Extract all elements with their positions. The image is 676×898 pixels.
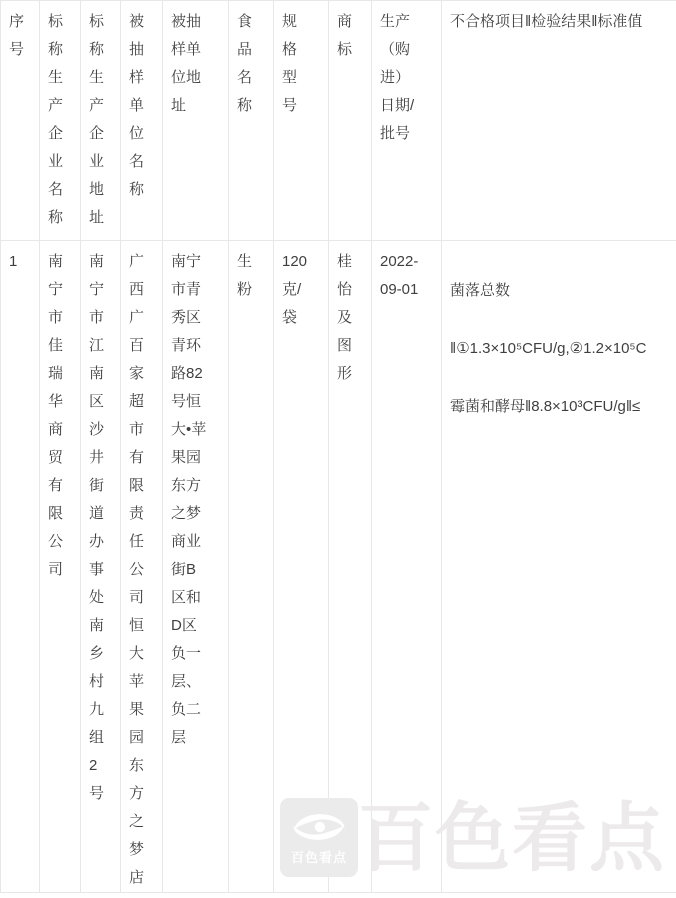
col-header-producer-name: 标 称 生 产 企 业 名 称 (40, 1, 81, 241)
cell-producer-address: 南 宁 市 江 南 区 沙 井 街 道 办 事 处 南 乡 村 九 组 2 号 (81, 241, 121, 893)
cell-food-name: 生 粉 (229, 241, 274, 893)
col-header-seq: 序 号 (1, 1, 40, 241)
result-line-mold: 霉菌和酵母‖8.8×10³CFU/g‖≤ (450, 392, 676, 422)
cell-spec-model: 120 克/ 袋 (274, 241, 329, 893)
cell-sampled-unit-address: 南宁 市青 秀区 青环 路82 号恒 大•苹 果园 东方 之梦 商业 街B 区和… (163, 241, 229, 893)
swirl-icon (291, 810, 347, 849)
col-header-sampled-unit-address: 被抽 样单 位地 址 (163, 1, 229, 241)
col-header-spec-model: 规 格 型 号 (274, 1, 329, 241)
watermark-big-text: 百色看点 (358, 792, 666, 884)
col-header-food-name: 食 品 名 称 (229, 1, 274, 241)
header-row: 序 号 标 称 生 产 企 业 名 称 标 称 生 产 企 业 地 址 被 抽 … (1, 1, 676, 241)
watermark-logo: 百色看点 (280, 798, 358, 877)
col-header-production-date: 生产 （购 进） 日期/ 批号 (372, 1, 442, 241)
col-header-trademark: 商 标 (329, 1, 372, 241)
watermark-logo-label: 百色看点 (291, 850, 347, 865)
cell-producer-name: 南 宁 市 佳 瑞 华 商 贸 有 限 公 司 (40, 241, 81, 893)
col-header-sampled-unit-name: 被 抽 样 单 位 名 称 (121, 1, 163, 241)
inspection-results-table: 序 号 标 称 生 产 企 业 名 称 标 称 生 产 企 业 地 址 被 抽 … (0, 0, 676, 893)
cell-sampled-unit-name: 广 西 广 百 家 超 市 有 限 责 任 公 司 恒 大 苹 果 园 东 方 … (121, 241, 163, 893)
col-header-producer-address: 标 称 生 产 企 业 地 址 (81, 1, 121, 241)
col-header-results: 不合格项目‖检验结果‖标准值 (442, 1, 676, 241)
cell-seq: 1 (1, 241, 40, 893)
result-line-values: ‖①1.3×10⁵CFU/g,②1.2×10⁵C (450, 334, 676, 364)
result-line-item: 菌落总数 (450, 276, 676, 306)
inspection-table-page: 序 号 标 称 生 产 企 业 名 称 标 称 生 产 企 业 地 址 被 抽 … (0, 0, 676, 898)
